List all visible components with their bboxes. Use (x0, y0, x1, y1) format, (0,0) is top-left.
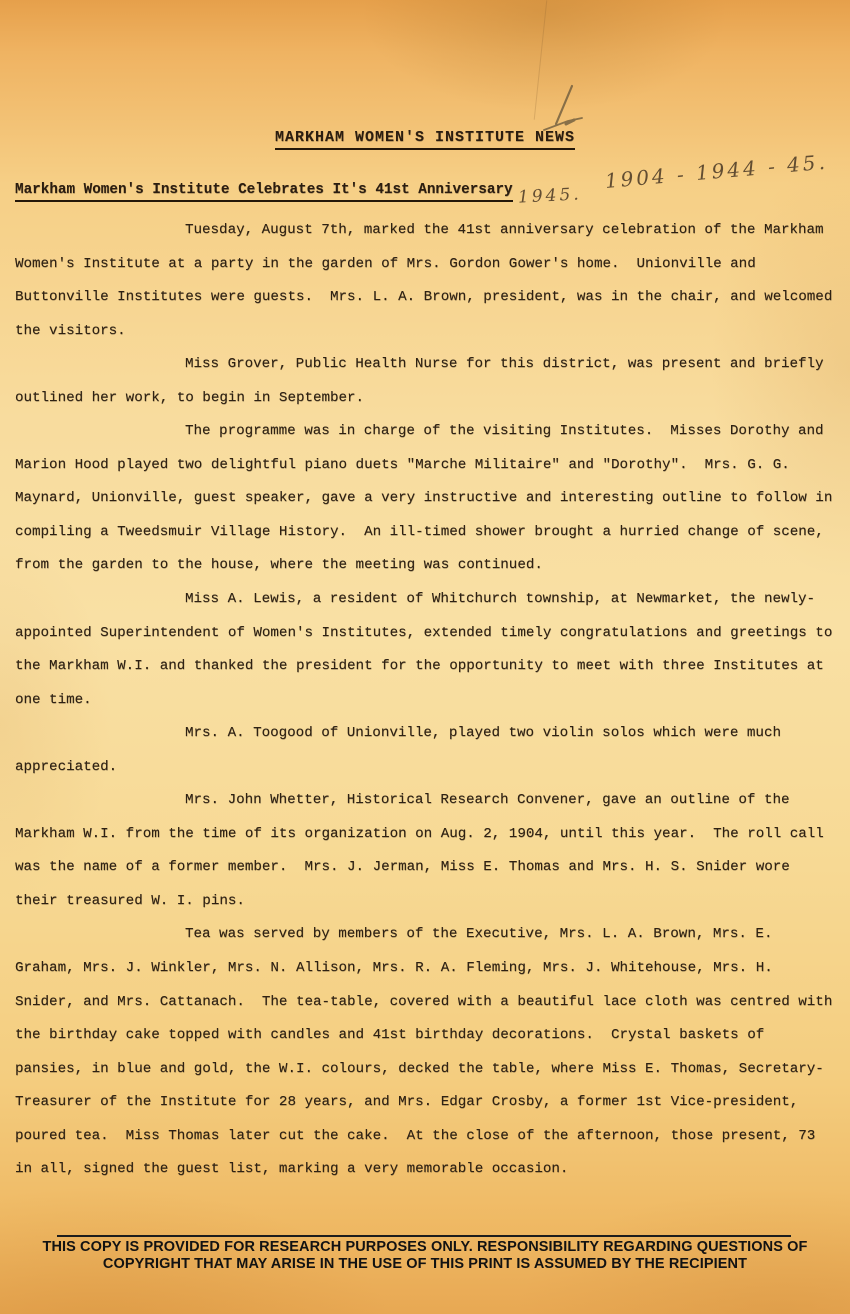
footer-divider (57, 1235, 791, 1237)
article-paragraph: Mrs. John Whetter, Historical Research C… (15, 784, 835, 918)
page-title-text: MARKHAM WOMEN'S INSTITUTE NEWS (275, 129, 575, 150)
article-paragraph: Mrs. A. Toogood of Unionville, played tw… (15, 717, 835, 784)
copyright-notice: THIS COPY IS PROVIDED FOR RESEARCH PURPO… (0, 1239, 850, 1272)
article-headline-text: Markham Women's Institute Celebrates It'… (15, 182, 513, 202)
article-paragraph: Tea was served by members of the Executi… (15, 918, 835, 1186)
article-body: Tuesday, August 7th, marked the 41st ann… (15, 214, 835, 1187)
article-paragraph: The programme was in charge of the visit… (15, 415, 835, 583)
article-paragraph: Tuesday, August 7th, marked the 41st ann… (15, 214, 835, 348)
article-paragraph: Miss A. Lewis, a resident of Whitchurch … (15, 583, 835, 717)
handwritten-date-range-note: 1904 - 1944 - 45. (604, 150, 829, 193)
handwritten-year-note: 1945. (518, 184, 583, 207)
copyright-notice-line1: THIS COPY IS PROVIDED FOR RESEARCH PURPO… (0, 1239, 850, 1256)
scanned-document-page: MARKHAM WOMEN'S INSTITUTE NEWS Markham W… (0, 0, 850, 1314)
copyright-notice-line2: COPYRIGHT THAT MAY ARISE IN THE USE OF T… (0, 1256, 850, 1273)
page-title: MARKHAM WOMEN'S INSTITUTE NEWS (0, 129, 850, 150)
article-paragraph: Miss Grover, Public Health Nurse for thi… (15, 348, 835, 415)
article-headline: Markham Women's Institute Celebrates It'… (15, 182, 513, 202)
